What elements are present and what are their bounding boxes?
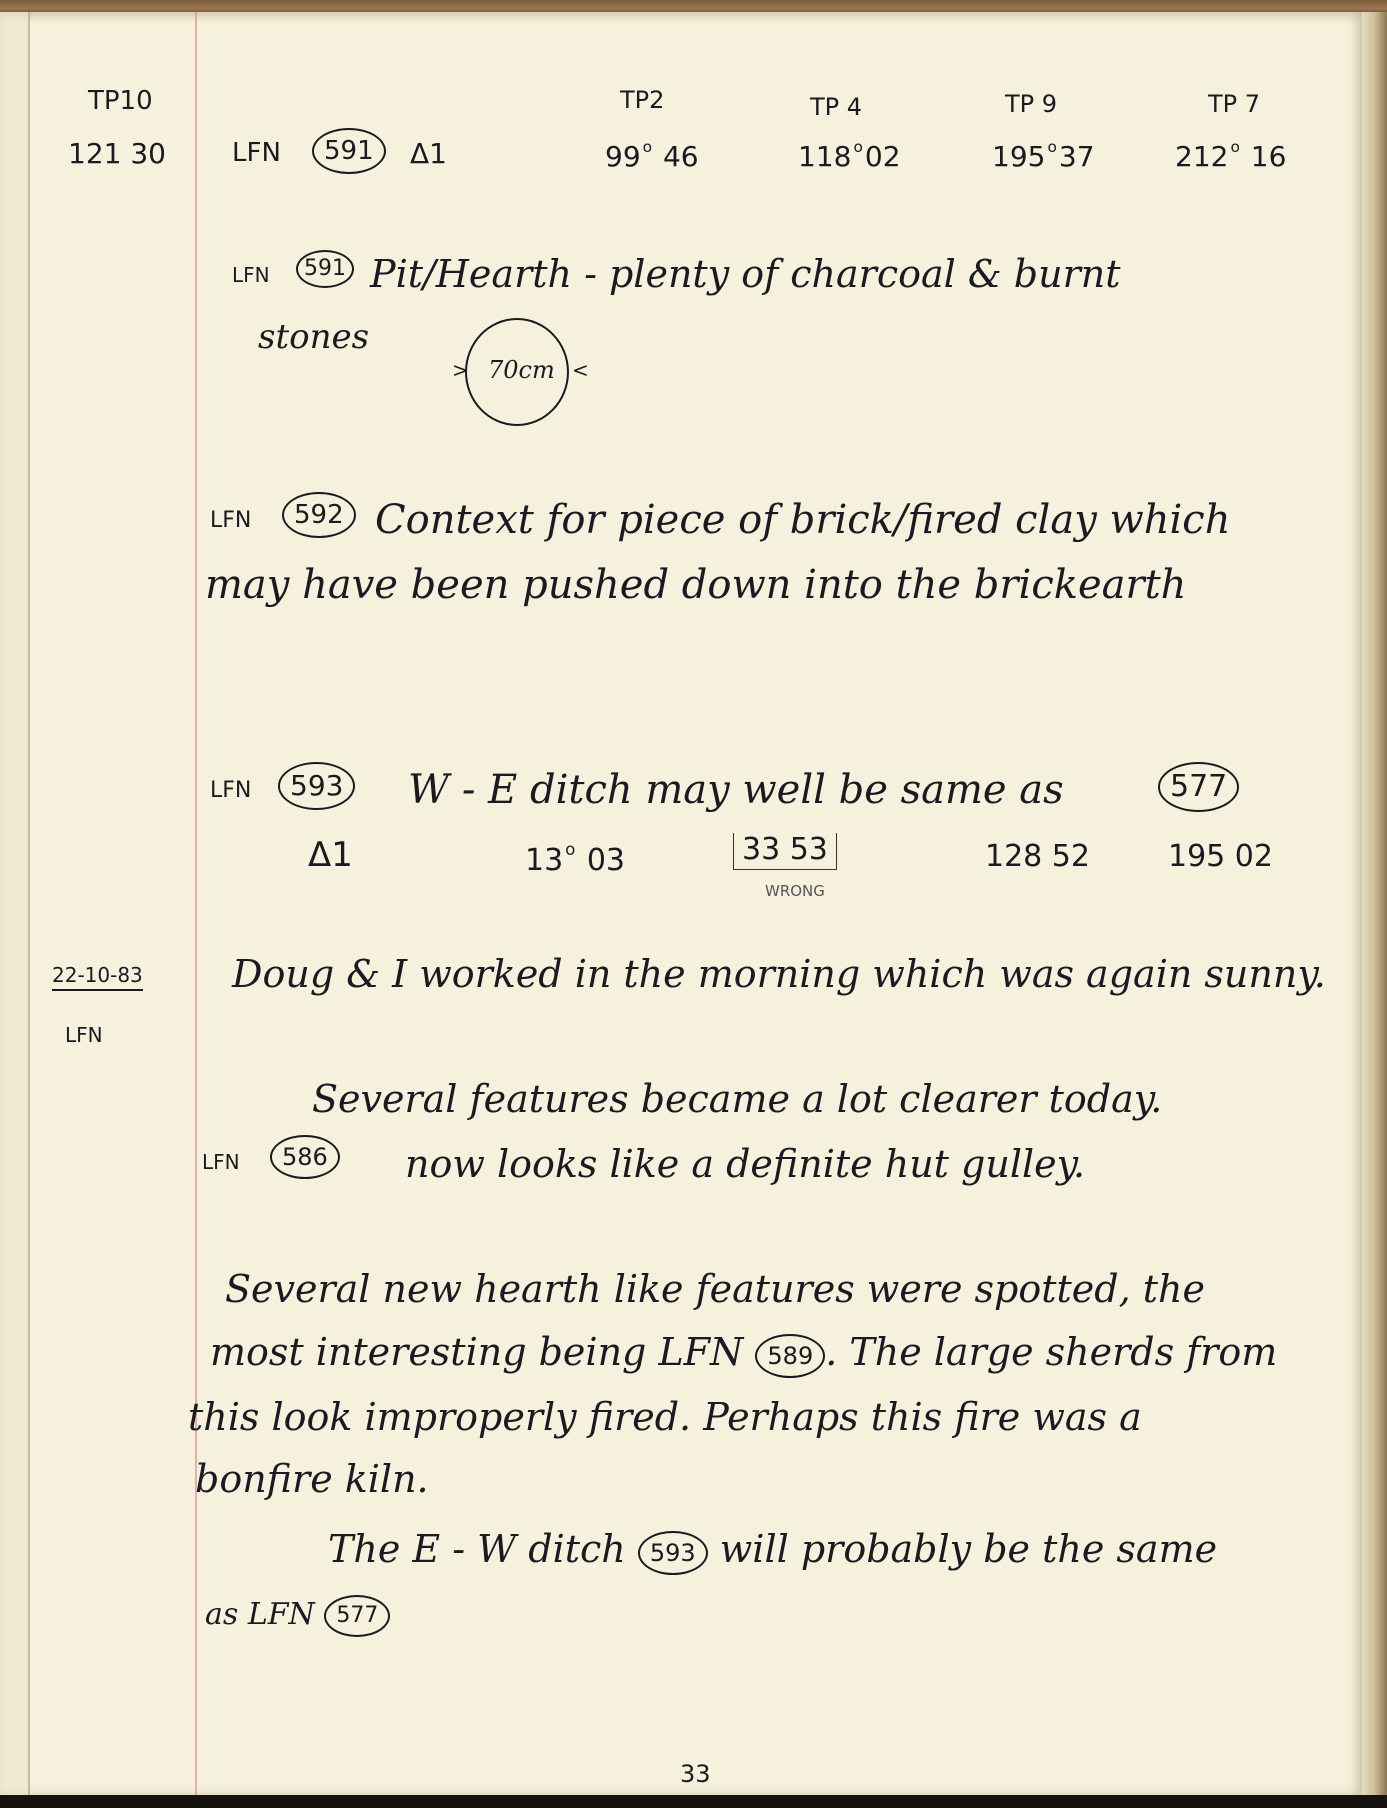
diary-line: bonfire kiln. — [195, 1460, 429, 1498]
page-right-edge — [1362, 12, 1387, 1795]
sketch-dimension: 70cm — [488, 358, 555, 382]
diary-line: most interesting being LFN 589. The larg… — [210, 1333, 1277, 1378]
station-bearing: 195o37 — [992, 140, 1095, 171]
entry-prefix: LFN — [202, 1152, 240, 1172]
page-number: 33 — [680, 1762, 711, 1786]
entry-number-circled: 591 — [296, 250, 354, 288]
diary-line: Doug & I worked in the morning which was… — [232, 955, 1326, 993]
entry-text: Context for piece of brick/fired clay wh… — [375, 500, 1230, 540]
entry-number-circled: 592 — [282, 492, 356, 538]
entry-number: 593 — [638, 1531, 708, 1575]
entry-text: Pit/Hearth - plenty of charcoal & burnt — [370, 255, 1121, 293]
diary-line: now looks like a definite hut gulley. — [405, 1145, 1085, 1183]
reading-value: 33 53 — [733, 833, 837, 870]
page-left-edge — [0, 12, 30, 1795]
wrong-annotation: WRONG — [765, 884, 825, 899]
feature-number-circled: 591 — [312, 128, 386, 174]
reading-value-wrong: 33 53 — [733, 833, 837, 870]
readings-station: Δ1 — [308, 838, 353, 872]
entry-prefix: LFN — [210, 510, 251, 532]
diary-line: Several new hearth like features were sp… — [225, 1270, 1205, 1308]
feature-number: 591 — [312, 128, 386, 174]
diary-line: as LFN 577 — [205, 1595, 390, 1637]
entry-prefix: LFN — [232, 265, 270, 285]
margin-station-label: TP10 — [88, 88, 153, 114]
entry-number: 593 — [278, 762, 355, 810]
station-label: TP 9 — [1005, 92, 1057, 116]
reading-value: 128 52 — [985, 842, 1090, 872]
diary-site: LFN — [65, 1025, 103, 1045]
feature-prefix: LFN — [232, 140, 281, 166]
diary-line: The E - W ditch 593 will probably be the… — [328, 1530, 1217, 1575]
ref-number: 577 — [1158, 762, 1239, 812]
station-label: TP2 — [620, 88, 664, 112]
entry-number-circled: 586 — [270, 1135, 340, 1179]
entry-number: 591 — [296, 250, 354, 288]
station-bearing: 118o02 — [798, 140, 901, 171]
bottom-shadow — [0, 1795, 1387, 1808]
entry-text: may have been pushed down into the brick… — [205, 565, 1186, 605]
entry-number-circled: 593 — [278, 762, 355, 810]
reading-value: 13o 03 — [525, 842, 625, 876]
entry-number: 577 — [324, 1595, 390, 1637]
sketch-arrow-right: < — [572, 360, 589, 380]
reading-value: 195 02 — [1168, 842, 1273, 872]
station-bearing: 99o 46 — [605, 140, 699, 171]
station-label: TP 7 — [1208, 92, 1260, 116]
diary-line: this look improperly fired. Perhaps this… — [188, 1398, 1142, 1436]
entry-number: 592 — [282, 492, 356, 538]
instrument-station: Δ1 — [410, 140, 447, 168]
ref-number-circled: 577 — [1158, 762, 1239, 812]
station-bearing: 212o 16 — [1175, 140, 1286, 171]
entry-text: W - E ditch may well be same as — [408, 770, 1064, 810]
red-margin-line — [195, 12, 197, 1795]
entry-number: 589 — [755, 1334, 825, 1378]
diary-date: 22-10-83 — [52, 965, 143, 991]
entry-number: 586 — [270, 1135, 340, 1179]
margin-station-value: 121 30 — [68, 140, 166, 168]
entry-prefix: LFN — [210, 780, 251, 802]
entry-text: stones — [258, 320, 369, 354]
diary-line: Several features became a lot clearer to… — [312, 1080, 1162, 1118]
station-label: TP 4 — [810, 95, 862, 119]
